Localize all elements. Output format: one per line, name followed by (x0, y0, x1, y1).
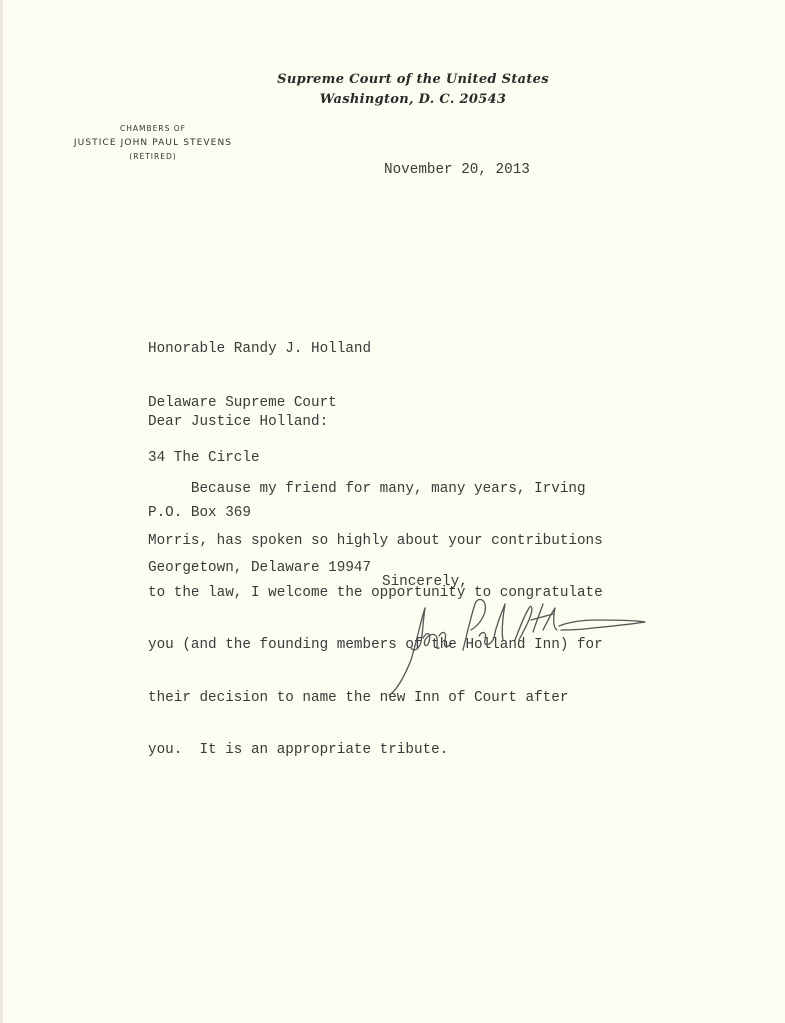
chambers-of-label: CHAMBERS OF (53, 122, 253, 136)
letterhead-address: Washington, D. C. 20543 (273, 90, 553, 110)
letter-page: Supreme Court of the United States Washi… (0, 0, 785, 1023)
closing: Sincerely, (382, 574, 468, 590)
signature-image (383, 590, 663, 700)
body-line: Because my friend for many, many years, … (148, 481, 603, 498)
retired-label: (RETIRED) (53, 150, 253, 164)
letter-date: November 20, 2013 (384, 162, 530, 178)
justice-name: JUSTICE JOHN PAUL STEVENS (53, 136, 253, 150)
salutation: Dear Justice Holland: (148, 414, 328, 430)
chambers-block: CHAMBERS OF JUSTICE JOHN PAUL STEVENS (R… (53, 122, 253, 164)
letterhead: Supreme Court of the United States Washi… (273, 70, 553, 110)
recipient-name: Honorable Randy J. Holland (148, 340, 371, 358)
body-line: you. It is an appropriate tribute. (148, 742, 603, 759)
body-line: Morris, has spoken so highly about your … (148, 533, 603, 550)
recipient-court: Delaware Supreme Court (148, 394, 371, 412)
letterhead-court-name: Supreme Court of the United States (273, 70, 553, 90)
